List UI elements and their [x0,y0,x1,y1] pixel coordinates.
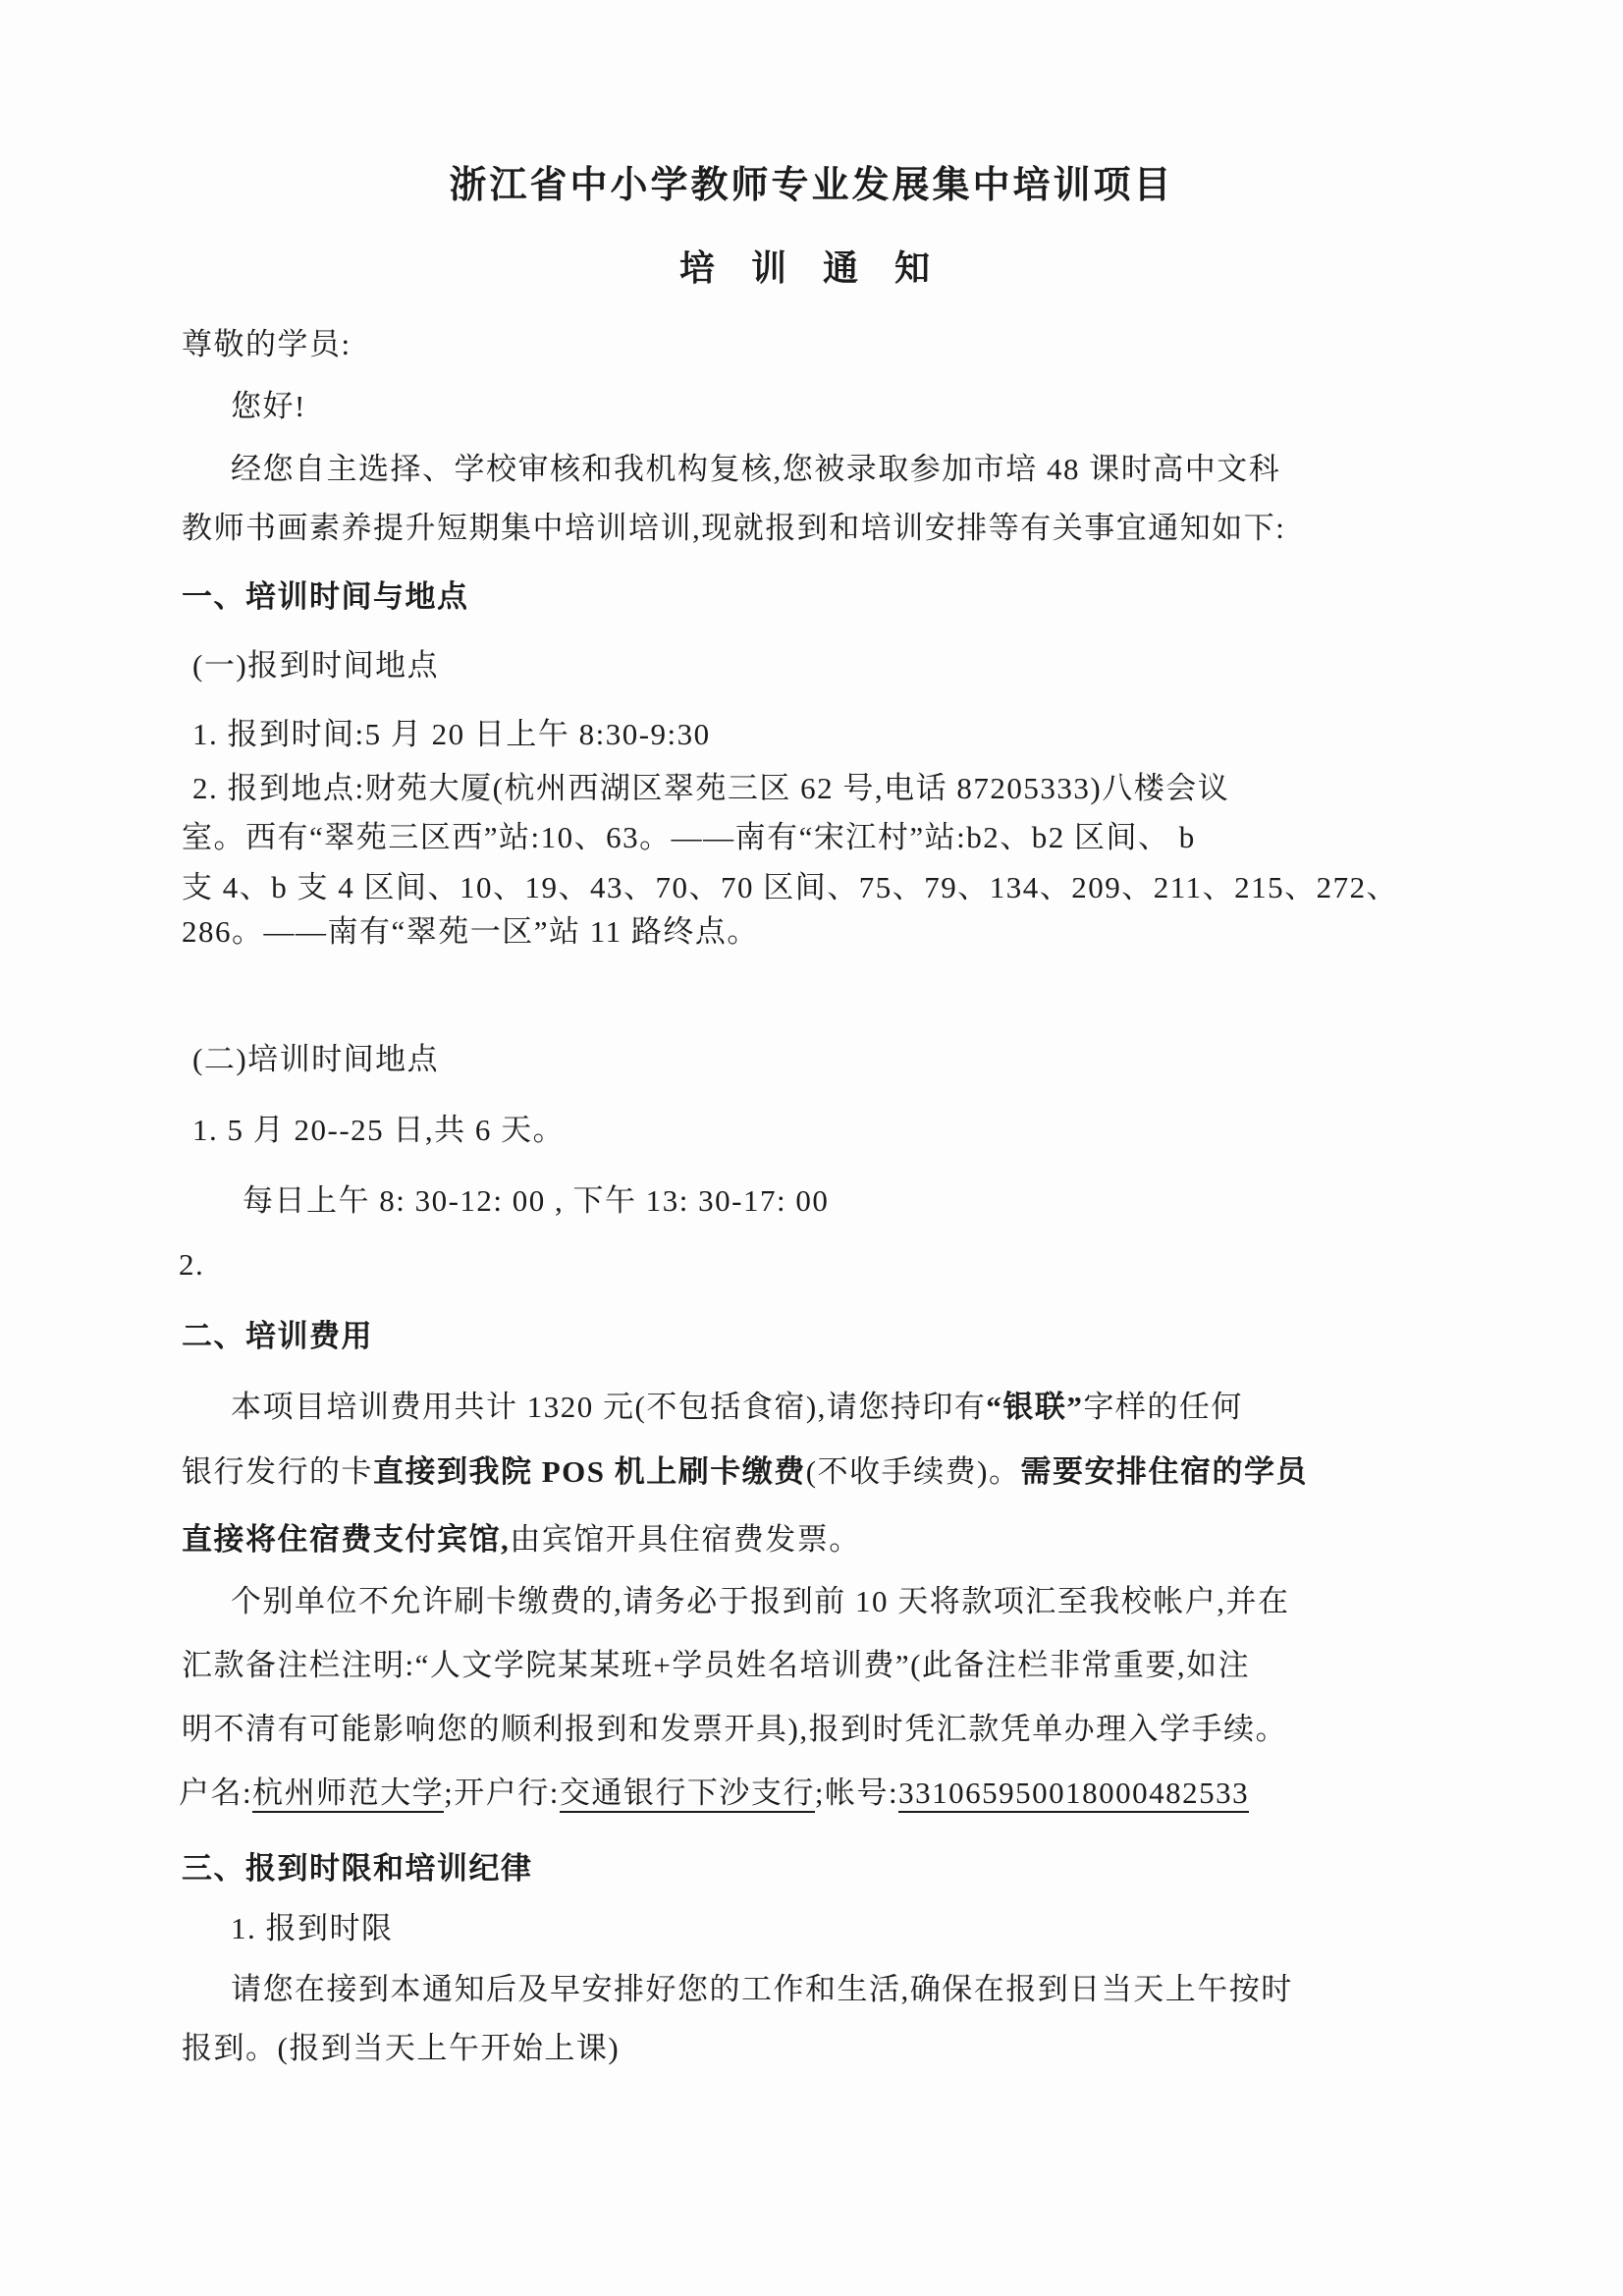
account-number-label: 帐号: [825,1776,898,1810]
intro-line-1: 经您自主选择、学校审核和我机构复核,您被录取参加市培 48 课时高中文科 [231,451,1280,489]
document-title: 浙江省中小学教师专业发展集中培训项目 [0,163,1623,210]
checkin-place-line-4: 286。——南有“翠苑一区”站 11 路终点。 [182,913,759,952]
payment-text-segment: 本项目培训费用共计 1320 元(不包括食宿),请您持印有 [231,1390,986,1424]
bank-account-line: 户名:杭州师范大学;开户行:交通银行下沙支行;帐号:33106595001800… [179,1775,1249,1813]
deadline-para-line-2: 报到。(报到当天上午开始上课) [182,2030,620,2068]
remittance-line-3: 明不清有可能影响您的顺利报到和发票开具),报到时凭汇款凭单办理入学手续。 [182,1711,1287,1749]
payment-text-segment: 字样的任何 [1083,1390,1243,1424]
scanned-notice-page: 浙江省中小学教师专业发展集中培训项目 培 训 通 知 尊敬的学员: 您好! 经您… [0,0,1623,2296]
schedule-daily-hours: 每日上午 8: 30-12: 00 , 下午 13: 30-17: 00 [243,1182,829,1221]
section1-heading: 一、培训时间与地点 [182,578,469,617]
account-bank-value: 交通银行下沙支行 [560,1776,815,1813]
schedule-dates-item: 1. 5 月 20--25 日,共 6 天。 [192,1112,565,1150]
account-number-value: 331065950018000482533 [898,1776,1249,1813]
deadline-para-line-1: 请您在接到本通知后及早安排好您的工作和生活,确保在报到日当天上午按时 [231,1971,1293,2009]
checkin-time-item: 1. 报到时间:5 月 20 日上午 8:30-9:30 [192,716,711,754]
intro-line-2: 教师书画素养提升短期集中培训培训,现就报到和培训安排等有关事宜通知如下: [182,510,1285,548]
account-separator: ; [815,1776,825,1810]
lodging-emphasis: 需要安排住宿的学员 [1020,1454,1308,1489]
salutation-line: 尊敬的学员: [182,326,352,364]
unionpay-emphasis: “银联” [986,1390,1083,1424]
remittance-line-2: 汇款备注栏注明:“人文学院某某班+学员姓名培训费”(此备注栏非常重要,如注 [182,1647,1250,1685]
account-separator: ; [444,1776,454,1810]
account-name-value: 杭州师范大学 [252,1776,444,1813]
lodging-emphasis: 直接将住宿费支付宾馆, [182,1522,510,1557]
section3-heading: 三、报到时限和培训纪律 [182,1850,533,1888]
payment-line-3: 直接将住宿费支付宾馆,由宾馆开具住宿费发票。 [182,1521,861,1559]
pos-payment-emphasis: 直接到我院 POS 机上刷卡缴费 [373,1454,806,1489]
schedule-item-2: 2. [179,1246,204,1285]
checkin-subheading: (一)报到时间地点 [192,647,439,685]
payment-line-1: 本项目培训费用共计 1320 元(不包括食宿),请您持印有“银联”字样的任何 [231,1389,1243,1427]
payment-line-2: 银行发行的卡直接到我院 POS 机上刷卡缴费(不收手续费)。需要安排住宿的学员 [182,1453,1308,1492]
notice-subtitle: 培 训 通 知 [0,246,1623,291]
remittance-line-1: 个别单位不允许刷卡缴费的,请务必于报到前 10 天将款项汇至我校帐户,并在 [231,1583,1290,1621]
payment-text-segment: (不收手续费)。 [806,1454,1021,1489]
schedule-subheading: (二)培训时间地点 [192,1041,439,1079]
payment-text-segment: 银行发行的卡 [182,1454,373,1489]
account-name-label: 户名: [179,1776,252,1810]
checkin-place-line-1: 2. 报到地点:财苑大厦(杭州西湖区翠苑三区 62 号,电话 87205333)… [192,770,1229,808]
greeting-line: 您好! [231,388,306,426]
payment-text-segment: 由宾馆开具住宿费发票。 [510,1522,861,1557]
deadline-item: 1. 报到时限 [231,1910,394,1948]
checkin-place-line-3: 支 4、b 支 4 区间、10、19、43、70、70 区间、75、79、134… [182,869,1398,907]
account-bank-label: 开户行: [454,1776,560,1810]
checkin-place-line-2: 室。西有“翠苑三区西”站:10、63。——南有“宋江村”站:b2、b2 区间、 … [182,819,1196,857]
section2-heading: 二、培训费用 [182,1318,373,1356]
